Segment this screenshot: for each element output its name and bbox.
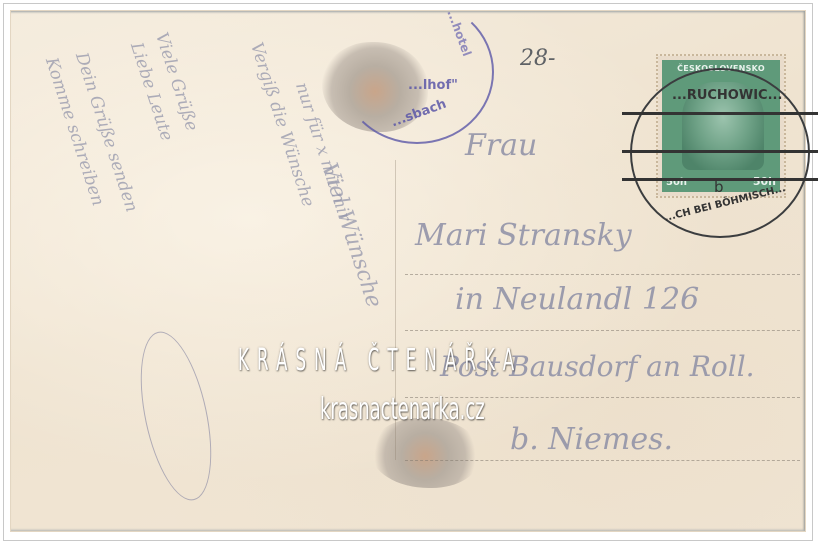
postmark-bottom-text: ...CH BEI BÖHMISCH... (661, 182, 790, 224)
postmark: ...RUCHOWIC... b ...CH BEI BÖHMISCH... (630, 68, 810, 238)
hotel-stamp-ring (340, 0, 494, 144)
pencil-note: 28- (520, 46, 555, 71)
postmark-letter: b (714, 178, 724, 196)
address-salutation: Frau (465, 128, 537, 163)
postmark-bar (622, 112, 818, 115)
signature-loop (128, 325, 224, 506)
address-line (405, 274, 800, 275)
watermark-title: KRÁSNÁ ČTENÁŘKA (238, 343, 585, 378)
postmark-bar (622, 150, 818, 153)
stain-bottom (370, 418, 480, 488)
address-name: Mari Stransky (415, 218, 632, 253)
postcard: Viele Grüße Liebe Leute Viel Wünsche Dei… (10, 10, 806, 532)
hotel-stamp-text: ...lhof" (408, 78, 458, 93)
address-line (405, 460, 800, 461)
address-street: in Neulandl 126 (455, 282, 699, 317)
address-line (405, 330, 800, 331)
address-region: b. Niemes. (510, 422, 673, 457)
watermark-url: krasnactenarka.cz (320, 392, 500, 427)
postmark-top-text: ...RUCHOWIC... (672, 88, 782, 103)
